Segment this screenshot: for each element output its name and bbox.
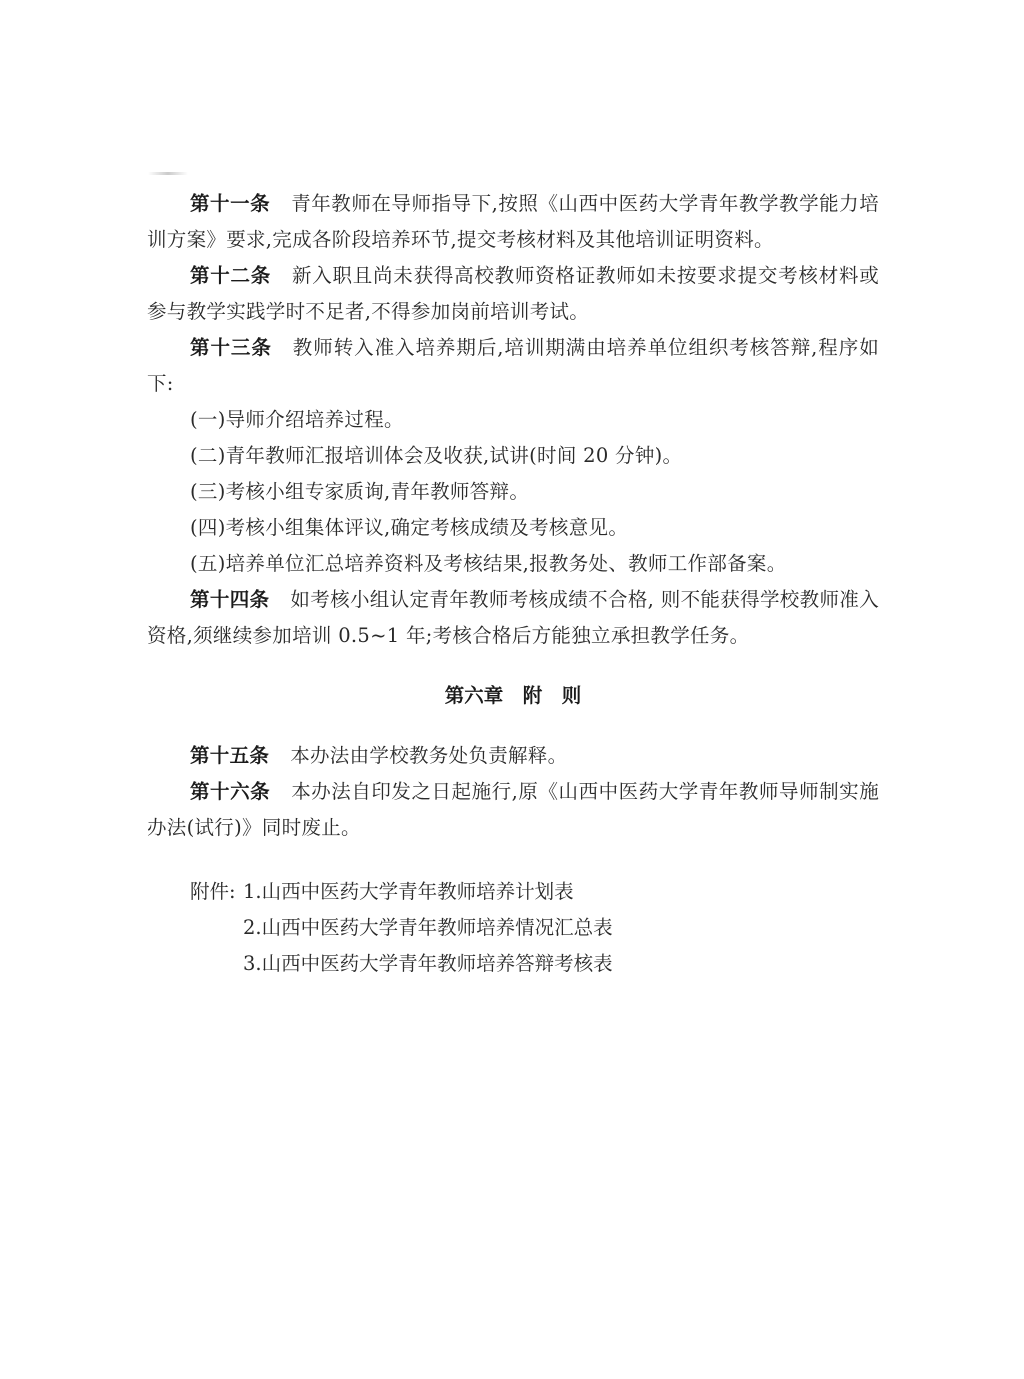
article-text: 本办法由学校教务处负责解释。 [290,744,567,767]
article-14: 第十四条如考核小组认定青年教师考核成绩不合格, 则不能获得学校教师准入资格,须继… [147,582,879,654]
attachments-label: 附件: [190,874,243,910]
attachment-item: 3.山西中医药大学青年教师培养答辩考核表 [243,946,613,982]
procedure-item-4: (四)考核小组集体评议,确定考核成绩及考核意见。 [147,510,879,546]
article-number: 第十四条 [190,588,269,611]
article-15: 第十五条本办法由学校教务处负责解释。 [147,738,879,774]
article-16: 第十六条本办法自印发之日起施行,原《山西中医药大学青年教师导师制实施办法(试行)… [147,774,879,846]
article-number: 第十三条 [190,336,272,359]
article-13: 第十三条教师转入准入培养期后,培训期满由培养单位组织考核答辩,程序如下: [147,330,879,402]
procedure-item-5: (五)培养单位汇总培养资料及考核结果,报教务处、教师工作部备案。 [147,546,879,582]
attachment-indent [190,910,243,946]
article-number: 第十二条 [190,264,271,287]
procedure-item-1: (一)导师介绍培养过程。 [147,402,879,438]
article-12: 第十二条新入职且尚未获得高校教师资格证教师如未按要求提交考核材料或参与教学实践学… [147,258,879,330]
article-11: 第十一条青年教师在导师指导下,按照《山西中医药大学青年教学教学能力培训方案》要求… [147,186,879,258]
attachment-item: 1.山西中医药大学青年教师培养计划表 [243,874,574,910]
procedure-item-2: (二)青年教师汇报培训体会及收获,试讲(时间 20 分钟)。 [147,438,879,474]
attachment-indent [190,946,243,982]
scan-artifact-mark [148,172,188,175]
article-number: 第十一条 [190,192,270,215]
attachment-row: 附件: 1.山西中医药大学青年教师培养计划表 [147,874,879,910]
attachment-item: 2.山西中医药大学青年教师培养情况汇总表 [243,910,613,946]
document-page: 第十一条青年教师在导师指导下,按照《山西中医药大学青年教学教学能力培训方案》要求… [147,186,879,982]
attachments-section: 附件: 1.山西中医药大学青年教师培养计划表 2.山西中医药大学青年教师培养情况… [147,874,879,982]
chapter-title: 第六章 附 则 [147,678,879,714]
article-number: 第十六条 [190,780,270,803]
attachment-row: 2.山西中医药大学青年教师培养情况汇总表 [147,910,879,946]
procedure-item-3: (三)考核小组专家质询,青年教师答辩。 [147,474,879,510]
attachment-row: 3.山西中医药大学青年教师培养答辩考核表 [147,946,879,982]
article-number: 第十五条 [190,744,269,767]
